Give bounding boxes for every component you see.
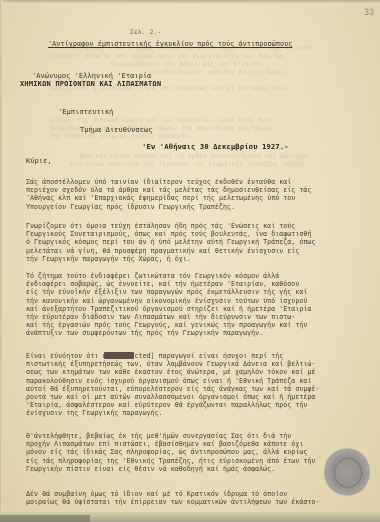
text-line: Γεωργικούς Συνεταιρισμούς, όπως καί πρός… xyxy=(26,230,356,238)
bleed-through-text: ρότερον, ούτω δέ καί άμέσως πρός τήν γεω… xyxy=(50,52,285,60)
bleed-through-text: Βασικός αύτών σκοπός καί τά άρθρα πλεονε… xyxy=(80,152,307,160)
paragraph-1: Σάς άποστέλλομεν ύπό ταινίαν ίδιαίτερον … xyxy=(26,178,356,211)
text-line: Δέν θά συμβαίνη όμως τό ίδιον καί μέ τό … xyxy=(26,490,356,498)
document-title: 'Αντίγραφον έμπιστευτικής έγκυκλίου πρός… xyxy=(48,40,292,48)
bleed-through-text: είδους τής πλάσεως πρώτη καί των συνεπει… xyxy=(50,116,277,124)
text-line: 'Εταιρία, άσφαλέστερον καί εύρύτερον θά … xyxy=(26,401,356,409)
confidential-label: 'Εμπιστευτική xyxy=(58,108,113,116)
company-name-line1: 'Ανώνυμος 'Ελληνική 'Εταιρία xyxy=(32,72,151,80)
text-line: προχήν Λιπασμάτων επί πιστώσει, έβασίσθη… xyxy=(26,440,356,448)
paragraph-2: Γνωρίζομεν ότι όμοια τεύχη έστάλησαν ήδη… xyxy=(26,222,356,263)
text-line: περιέχον σχεδόν όλα τά άρθρα καί τάς μελ… xyxy=(26,186,356,194)
text-line: Γνωρίζομεν ότι όμοια τεύχη έστάλησαν ήδη… xyxy=(26,222,356,230)
text-line: ένδιαφέρει σοβαρώς, ώς έννοείτε, καί τήν… xyxy=(26,280,356,288)
paragraph-3: Τό ζήτημα τούτο ένδιαφέρει ζωτικώτατα τό… xyxy=(26,272,356,338)
text-line: καί τής έργασιών πρός τούς Γεωργούς, καί… xyxy=(26,321,356,329)
text-line: Γεωργικήν πίστιν είναι είς θέσιν νά καθο… xyxy=(26,465,356,473)
text-line: είς τήν εύνοϊκήν έξέλιξιν των παραγωγών … xyxy=(26,288,356,296)
paragraph-5: Θ'άντελήφθητε, βεβαίως έκ τής μεθ'ήμών σ… xyxy=(26,432,356,473)
company-name-line2: ΧΗΜΙΚΩΝ ΠΡΟΙΟΝΤΩΝ ΚΑΙ ΛΙΠΑΣΜΑΤΩΝ xyxy=(20,80,161,88)
redaction-mark xyxy=(104,352,134,359)
text-line: πιστωτικής έξυπηρετήσεώς των, όταν λαμβά… xyxy=(26,360,356,368)
department-label: Τμήμα Διευθύνσεως xyxy=(80,126,153,134)
scan-top-edge xyxy=(0,0,380,4)
page-reference: Σελ. 2.- xyxy=(130,28,161,36)
text-line: ένίσχυσιν της Γεωργικής παραγωγής. xyxy=(26,409,356,417)
text-line: τήν εύρυτέραν διάδοσιν των Λιπασμάτων κα… xyxy=(26,313,356,321)
text-line: Είναι εύνόητον ότι οί [redacted] παραγωγ… xyxy=(26,352,356,360)
text-line: τήν Γεωργικήν παραγωγήν τής Χώρας, ή όχι… xyxy=(26,255,356,263)
bleed-through-text: διαμορφούνται είς βάρος μας καί κίνδυνοι xyxy=(110,60,264,68)
text-line: Θ'άντελήφθητε, βεβαίως έκ τής μεθ'ήμών σ… xyxy=(26,432,356,440)
text-line: Τό ζήτημα τούτο ένδιαφέρει ζωτικώτατα τό… xyxy=(26,272,356,280)
scan-left-edge xyxy=(0,0,3,522)
text-line: παρακολούθησιν ενός ίσχυρού όργανισμού ό… xyxy=(26,377,356,385)
text-line: μόνον είς τάς ίδικάς Σας πληροφορίας, ώς… xyxy=(26,448,356,456)
paragraph-4: Είναι εύνόητον ότι οί [redacted] παραγωγ… xyxy=(26,352,356,418)
archive-stamp-icon xyxy=(324,448,370,496)
paragraph-6: Δέν θά συμβαίνη όμως τό ίδιον καί μέ τό … xyxy=(26,490,356,506)
text-line: αύτοί θά έξυπηρετούνται, εύπορελέστερον … xyxy=(26,385,356,393)
text-line: 'Αθήνας κλπ καί 'Επαρχιακάς έφημερίδας π… xyxy=(26,194,356,202)
text-line: άνάπτυξιν των συμφερόντων τής πρός τήν Γ… xyxy=(26,329,356,337)
text-line: Υπουργείου Γεωργίας πρός ίδρυσιν Γεωργικ… xyxy=(26,203,356,211)
text-line: ό Γεωργικός κόσμος περί του άν ή ύπό μελ… xyxy=(26,238,356,246)
salutation: Κύριε, xyxy=(26,157,52,165)
archive-page-number: 33 xyxy=(364,7,374,17)
text-line: είς τάς πληροφορίας της 'Εθνικής Τραπέζη… xyxy=(26,457,356,465)
text-line: μελετάται νά γίνη, θά προσφέρη πραγματικ… xyxy=(26,247,356,255)
text-line: Σάς άποστέλλομεν ύπό ταινίαν ίδιαίτερον … xyxy=(26,178,356,186)
text-line: ροντά των καί οί μετ αύτών συναλλασσόμεν… xyxy=(26,393,356,401)
scan-bottom-edge xyxy=(0,512,380,522)
text-line: τήν κανονικήν καί ώργανωμένην οίκονομική… xyxy=(26,297,356,305)
text-line: μοιραίως θά ύφίσταται τήν έπίρρειαν των … xyxy=(26,498,356,506)
bleed-through-text: εταιρειών έναντίον τής ίδρύσεως της Γεωρ… xyxy=(70,160,309,168)
text-line: σεως των κτημάτων των κάθε έκαστον έτος … xyxy=(26,368,356,376)
scanned-document-page: πιστώσεως είσί σοβαρώς άναγκαίον είναι σ… xyxy=(0,0,380,522)
bleed-through-text: σπουδαιότερον, καθόσον θά ήτο δώρον xyxy=(150,68,285,76)
text-line: καί άνεξαρτήτου Τραπεζιτικού όργανισμού … xyxy=(26,305,356,313)
document-date: 'Εν 'Αθήναις 30 Δεκεμβρίου 1927.- xyxy=(142,143,289,151)
